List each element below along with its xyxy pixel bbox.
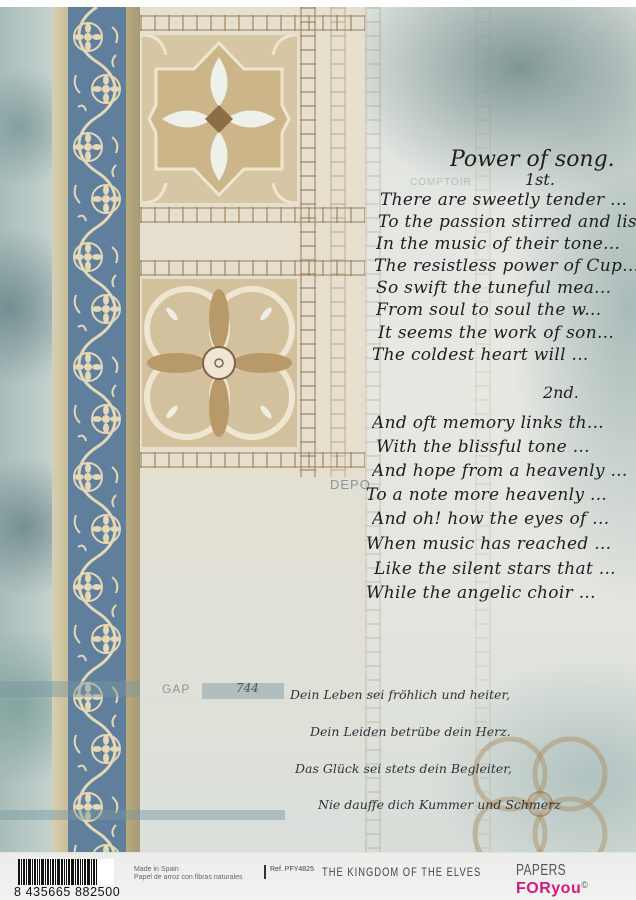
poem-line: From soul to soul the w... — [376, 300, 636, 320]
faded-quatrefoil-icon — [470, 729, 610, 852]
poem-line: In the music of their tone... — [376, 234, 636, 254]
product-footer: 8 435665 882500 Made in Spain Papel de a… — [0, 852, 636, 900]
poem-title: Power of song. — [450, 147, 615, 172]
greek-key-column — [300, 7, 316, 477]
comptoir-stamp: COMPTOIR — [410, 177, 472, 188]
poem-line: To the passion stirred and list... — [378, 212, 636, 232]
section-1-label: 1st. — [525, 170, 555, 189]
ledger-bar — [0, 681, 140, 697]
material-label: Papel de arroz con fibras naturales — [134, 874, 243, 882]
gap-number: 744 — [236, 681, 259, 695]
ref-code: Ref. PFY4825 — [270, 866, 314, 873]
copyright-icon: © — [581, 880, 588, 890]
tan-strip-right — [126, 7, 140, 852]
collection-title: THE KINGDOM OF THE ELVES — [322, 865, 481, 879]
german-line: Dein Leiden betrübe dein Herz. — [310, 724, 511, 739]
scroll-vine-icon — [68, 7, 126, 852]
german-line: Nie dauffe dich Kummer und Schmerz — [318, 797, 561, 812]
ledger-bar — [0, 810, 285, 820]
blue-scroll-border — [68, 7, 126, 852]
german-line: Das Glück sei stets dein Begleiter, — [295, 761, 512, 776]
poem-line: Like the silent stars that ... — [374, 559, 636, 579]
depo-stamp: DEPO — [330, 477, 371, 492]
brand-papers: PAPERS — [516, 862, 566, 880]
section-2-label: 2nd. — [543, 383, 579, 402]
quatrefoil-tile-icon — [142, 279, 297, 447]
poem-line: When music has reached ... — [366, 534, 636, 554]
divider — [264, 865, 266, 879]
faded-ledger-area — [140, 477, 365, 852]
poem-line: And oft memory links th... — [372, 413, 636, 433]
leaf-star-tile-icon — [142, 35, 297, 203]
poem-line: While the angelic choir ... — [366, 583, 636, 603]
poem-line: And hope from a heavenly ... — [372, 461, 636, 481]
brand-logo: PAPERSFORyou© — [516, 862, 636, 898]
ornamental-tiles — [140, 7, 365, 477]
german-line: Dein Leben sei fröhlich und heiter, — [290, 687, 510, 702]
poem-line: The coldest heart will ... — [372, 345, 636, 365]
poem-line: It seems the work of son... — [378, 323, 636, 343]
barcode-icon — [18, 859, 114, 885]
tan-strip-left — [52, 7, 68, 852]
poem-line: There are sweetly tender ... — [380, 190, 636, 210]
greek-key-column — [330, 7, 346, 477]
left-teal-grunge — [0, 7, 56, 852]
made-in-label: Made in Spain — [134, 866, 243, 874]
gap-stamp: GAP — [162, 682, 190, 696]
rice-paper-artwork: GAP 744 DEPO COMPTOIR Power of song. 1st… — [0, 7, 636, 852]
brand-foryou: FORyou — [516, 880, 581, 897]
poem-line: With the blissful tone ... — [376, 437, 636, 457]
poem-line: And oh! how the eyes of ... — [372, 509, 636, 529]
origin-info: Made in Spain Papel de arroz con fibras … — [134, 866, 243, 882]
poem-line: The resistless power of Cup... — [374, 256, 636, 276]
poem-line: To a note more heavenly ... — [366, 485, 636, 505]
barcode-number: 8 435665 882500 — [14, 885, 120, 899]
poem-line: So swift the tuneful mea... — [376, 278, 636, 298]
